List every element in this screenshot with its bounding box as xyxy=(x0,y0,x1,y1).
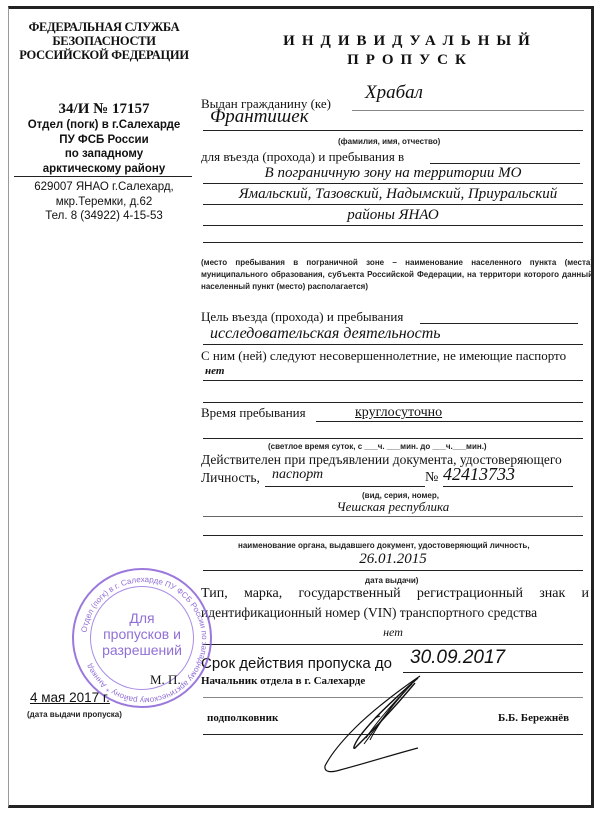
entry-zone-line: В пограничную зону на территории МО xyxy=(203,165,583,182)
stamp-center-text: Для пропусков и разрешений xyxy=(94,610,190,658)
title-line: ПРОПУСК xyxy=(240,51,580,70)
stay-value: круглосуточно xyxy=(355,405,442,421)
document-label-personality: Личность, xyxy=(201,470,260,486)
pass-issue-date-caption: (дата выдачи пропуска) xyxy=(27,710,122,719)
address-line: 629007 ЯНАО г.Салехард, xyxy=(14,180,194,195)
document-type: паспорт xyxy=(272,467,323,483)
stamp-line: разрешений xyxy=(94,642,190,658)
document-date-caption: дата выдачи) xyxy=(365,576,418,585)
field-line xyxy=(352,110,584,111)
field-line xyxy=(203,130,583,131)
field-line xyxy=(443,486,573,487)
seal-place-label: М. П. xyxy=(150,672,181,688)
issuer-address: 629007 ЯНАО г.Салехард, мкр.Теремки, д.6… xyxy=(14,180,194,224)
stay-caption: (светлое время суток, с ___ч. ___мин. до… xyxy=(268,442,487,451)
field-line xyxy=(203,644,583,645)
title-line: ИНДИВИДУАЛЬНЫЙ xyxy=(240,32,580,51)
field-line xyxy=(203,438,583,439)
field-line xyxy=(203,225,583,226)
pass-number: 34/И № 17157 xyxy=(14,101,194,118)
stamp-line: Для xyxy=(94,610,190,626)
purpose-value: исследовательская деятельность xyxy=(210,325,441,343)
field-line xyxy=(203,535,583,536)
field-line xyxy=(203,242,583,243)
field-line xyxy=(203,380,583,381)
purpose-label: Цель въезда (прохода) и пребывания xyxy=(201,309,403,325)
pass-issue-date: 4 мая 2017 г. xyxy=(30,690,110,705)
address-line: мкр.Теремки, д.62 xyxy=(14,195,194,210)
document-issue-date: 26.01.2015 xyxy=(203,551,583,568)
field-line xyxy=(203,402,583,403)
number-sign: № xyxy=(425,470,438,486)
holder-given-name: Франтишек xyxy=(210,106,309,128)
stay-label: Время пребывания xyxy=(201,405,306,421)
signatory-rank: подполковник xyxy=(207,712,278,724)
field-line xyxy=(203,570,583,571)
field-line xyxy=(203,183,583,184)
signatory-name: Б.Б. Бережнёв xyxy=(498,712,569,724)
org-line: ФЕДЕРАЛЬНАЯ СЛУЖБА xyxy=(14,20,194,34)
signature xyxy=(300,668,440,778)
field-line xyxy=(203,516,583,517)
vehicle-label-vin: идентификационный номер (VIN) транспортн… xyxy=(201,605,537,621)
minors-value: нет xyxy=(205,365,224,377)
field-line xyxy=(203,344,583,345)
entry-label: для въезда (прохода) и пребывания в xyxy=(201,149,404,165)
holder-caption: (фамилия, имя, отчество) xyxy=(338,137,440,146)
document-issuer: Чешская республика xyxy=(203,499,583,515)
field-line xyxy=(265,486,425,487)
official-stamp: Отдел (погк) в г. Салехарде ПУ ФСБ Росси… xyxy=(72,568,212,708)
org-line: РОССИЙСКОЙ ФЕДЕРАЦИИ xyxy=(14,48,194,62)
field-line xyxy=(430,163,580,164)
entry-zone-line: Ямальский, Тазовский, Надымский, Приурал… xyxy=(203,186,593,203)
dept-line: ПУ ФСБ России xyxy=(14,133,194,148)
document-title: ИНДИВИДУАЛЬНЫЙ ПРОПУСК xyxy=(240,32,580,70)
address-line: Тел. 8 (34922) 4-15-53 xyxy=(14,209,194,224)
org-name: ФЕДЕРАЛЬНАЯ СЛУЖБА БЕЗОПАСНОСТИ РОССИЙСК… xyxy=(14,20,194,62)
dept-line: по западному xyxy=(14,147,194,162)
divider xyxy=(14,176,192,177)
entry-zone-line: районы ЯНАО xyxy=(203,207,583,224)
entry-caption: (место пребывания в пограничной зоне – н… xyxy=(201,257,593,293)
dept-line: Отдел (погк) в г.Салехарде xyxy=(14,118,194,133)
vehicle-label: Тип, марка, государственный регистрацион… xyxy=(201,586,589,602)
stamp-line: пропусков и xyxy=(94,626,190,642)
validity-date: 30.09.2017 xyxy=(410,647,505,669)
field-line xyxy=(316,421,583,422)
issuing-department: Отдел (погк) в г.Салехарде ПУ ФСБ России… xyxy=(14,118,194,176)
document-issuer-caption: наименование органа, выдавшего документ,… xyxy=(238,541,530,550)
org-line: БЕЗОПАСНОСТИ xyxy=(14,34,194,48)
field-line xyxy=(420,323,578,324)
document-number: 42413733 xyxy=(443,464,515,485)
vehicle-value: нет xyxy=(203,625,583,640)
minors-label: С ним (ней) следуют несовершеннолетние, … xyxy=(201,348,595,364)
dept-line: арктическому району xyxy=(14,162,194,177)
field-line xyxy=(203,204,583,205)
holder-surname: Храбал xyxy=(365,82,423,104)
